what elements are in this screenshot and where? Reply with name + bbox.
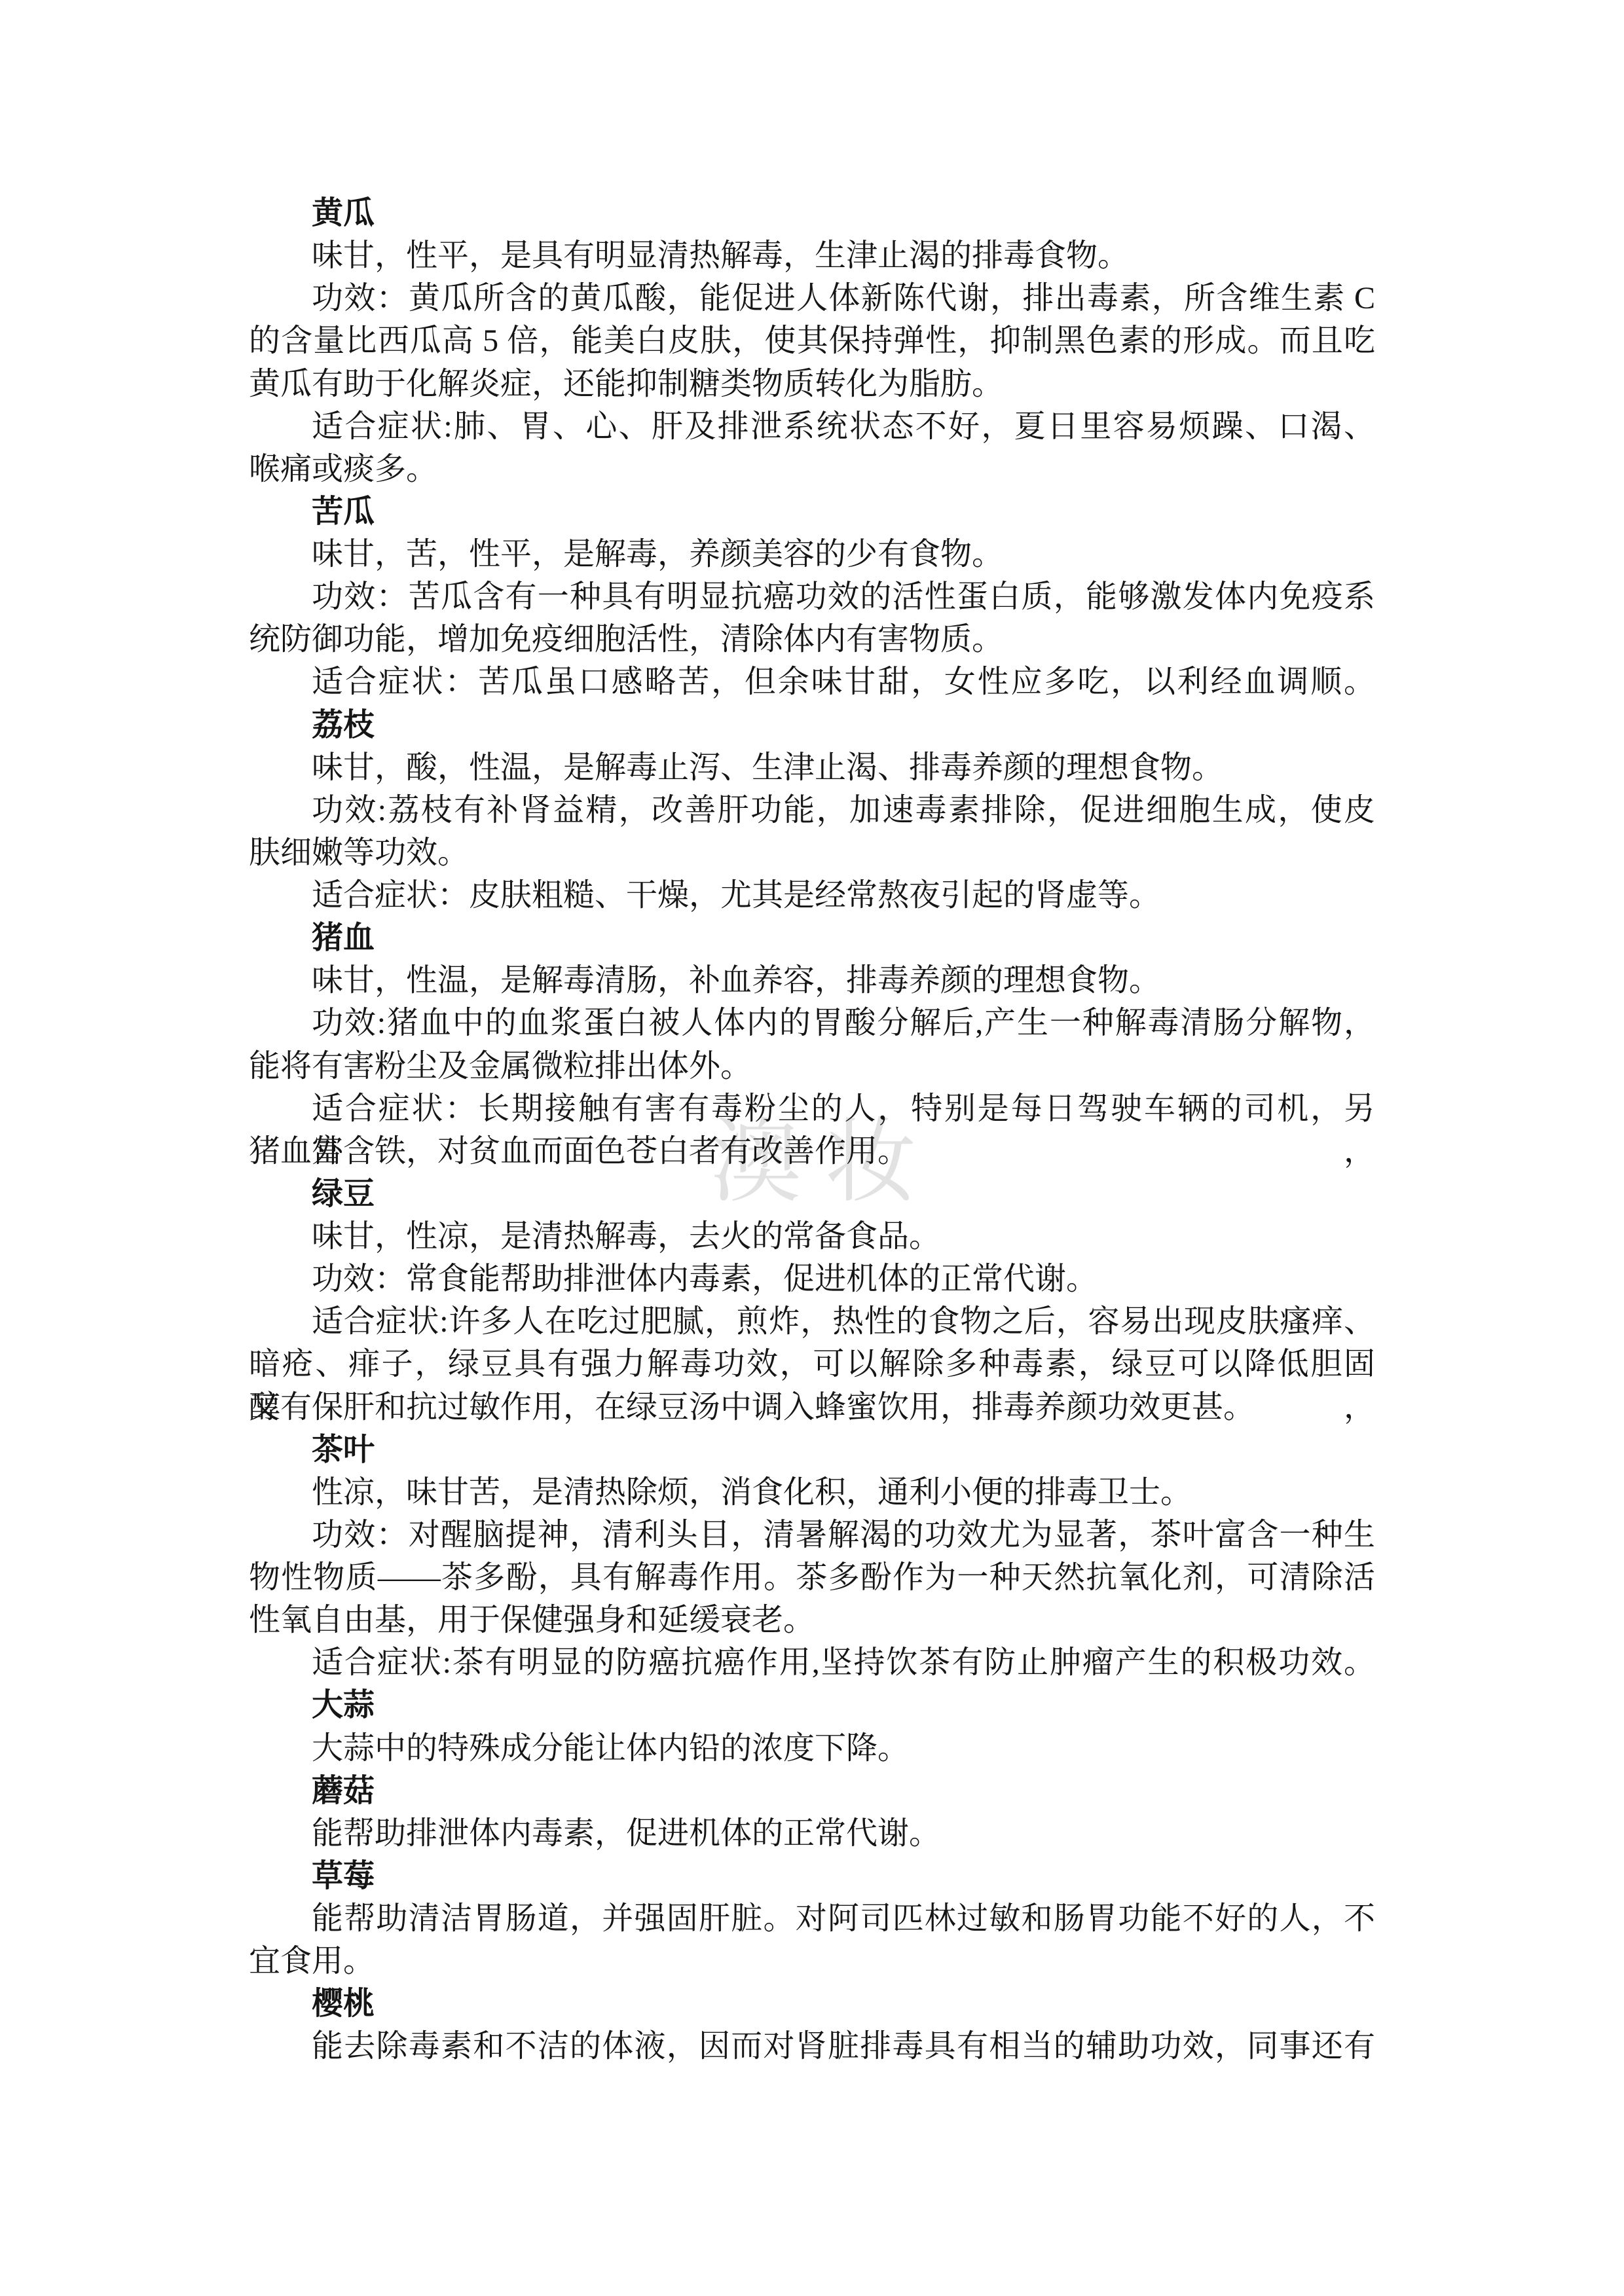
section-heading: 荔枝 bbox=[249, 704, 1375, 746]
text-line: 能帮助清洁胃肠道，并强固肝脏。对阿司匹林过敏和肠胃功能不好的人，不 bbox=[249, 1897, 1375, 1940]
text-line: 性氧自由基，用于保健强身和延缓衰老。 bbox=[249, 1599, 1375, 1641]
text-line: 适合症状：长期接触有害有毒粉尘的人，特别是每日驾驶车辆的司机，另外， bbox=[249, 1087, 1375, 1130]
section-heading: 猪血 bbox=[249, 917, 1375, 959]
text-line: 味甘，性凉，是清热解毒，去火的常备食品。 bbox=[249, 1215, 1375, 1258]
text-line: 适合症状:肺、胃、心、肝及排泄系统状态不好，夏日里容易烦躁、口渴、 bbox=[249, 405, 1375, 448]
section-heading: 绿豆 bbox=[249, 1173, 1375, 1215]
text-line: 味甘，酸，性温，是解毒止泻、生津止渴、排毒养颜的理想食物。 bbox=[249, 746, 1375, 789]
text-line: 适合症状:许多人在吃过肥腻，煎炸，热性的食物之后，容易出现皮肤瘙痒、 bbox=[249, 1300, 1375, 1343]
text-line: 大蒜中的特殊成分能让体内铅的浓度下降。 bbox=[249, 1727, 1375, 1770]
section-heading: 茶叶 bbox=[249, 1429, 1375, 1471]
text-line: 肤细嫩等功效。 bbox=[249, 831, 1375, 874]
text-line: 功效：苦瓜含有一种具有明显抗癌功效的活性蛋白质，能够激发体内免疫系 bbox=[249, 575, 1375, 618]
text-line: 又有保肝和抗过敏作用，在绿豆汤中调入蜂蜜饮用，排毒养颜功效更甚。 bbox=[249, 1386, 1375, 1429]
text-line: 适合症状:茶有明显的防癌抗癌作用,坚持饮茶有防止肿瘤产生的积极功效。 bbox=[249, 1641, 1375, 1684]
section-heading: 草莓 bbox=[249, 1855, 1375, 1897]
section-heading: 黄瓜 bbox=[249, 192, 1375, 234]
text-line: 适合症状：皮肤粗糙、干燥，尤其是经常熬夜引起的肾虚等。 bbox=[249, 874, 1375, 917]
document-page: 澳妆 黄瓜味甘，性平，是具有明显清热解毒，生津止渴的排毒食物。功效：黄瓜所含的黄… bbox=[0, 0, 1624, 2296]
text-line: 功效：常食能帮助排泄体内毒素，促进机体的正常代谢。 bbox=[249, 1258, 1375, 1300]
text-line: 喉痛或痰多。 bbox=[249, 448, 1375, 490]
text-line: 适合症状：苦瓜虽口感略苦，但余味甘甜，女性应多吃，以利经血调顺。 bbox=[249, 661, 1375, 703]
text-line: 暗疮、痱子，绿豆具有强力解毒功效，可以解除多种毒素，绿豆可以降低胆固醇， bbox=[249, 1343, 1375, 1385]
text-line: 能帮助排泄体内毒素，促进机体的正常代谢。 bbox=[249, 1812, 1375, 1855]
text-line: 味甘，苦，性平，是解毒，养颜美容的少有食物。 bbox=[249, 533, 1375, 575]
text-line: 能将有害粉尘及金属微粒排出体外。 bbox=[249, 1045, 1375, 1087]
section-heading: 樱桃 bbox=[249, 1982, 1375, 2025]
text-line: 能去除毒素和不洁的体液，因而对肾脏排毒具有相当的辅助功效，同事还有 bbox=[249, 2025, 1375, 2068]
document-body: 黄瓜味甘，性平，是具有明显清热解毒，生津止渴的排毒食物。功效：黄瓜所含的黄瓜酸，… bbox=[249, 192, 1375, 2068]
text-line: 的含量比西瓜高 5 倍，能美白皮肤，使其保持弹性，抑制黑色素的形成。而且吃 bbox=[249, 319, 1375, 362]
section-heading: 蘑菇 bbox=[249, 1770, 1375, 1812]
text-line: 味甘，性平，是具有明显清热解毒，生津止渴的排毒食物。 bbox=[249, 234, 1375, 277]
text-line: 宜食用。 bbox=[249, 1940, 1375, 1982]
section-heading: 苦瓜 bbox=[249, 490, 1375, 533]
text-line: 性凉，味甘苦，是清热除烦，消食化积，通利小便的排毒卫士。 bbox=[249, 1471, 1375, 1514]
text-line: 功效:荔枝有补肾益精，改善肝功能，加速毒素排除，促进细胞生成，使皮 bbox=[249, 789, 1375, 831]
section-heading: 大蒜 bbox=[249, 1684, 1375, 1726]
text-line: 统防御功能，增加免疫细胞活性，清除体内有害物质。 bbox=[249, 618, 1375, 661]
text-line: 功效：黄瓜所含的黄瓜酸，能促进人体新陈代谢，排出毒素，所含维生素 C bbox=[249, 277, 1375, 319]
text-line: 功效:猪血中的血浆蛋白被人体内的胃酸分解后,产生一种解毒清肠分解物， bbox=[249, 1002, 1375, 1044]
text-line: 黄瓜有助于化解炎症，还能抑制糖类物质转化为脂肪。 bbox=[249, 363, 1375, 405]
text-line: 味甘，性温，是解毒清肠，补血养容，排毒养颜的理想食物。 bbox=[249, 959, 1375, 1002]
text-line: 物性物质——茶多酚，具有解毒作用。茶多酚作为一种天然抗氧化剂，可清除活 bbox=[249, 1556, 1375, 1599]
text-line: 功效：对醒脑提神，清利头目，清暑解渴的功效尤为显著，茶叶富含一种生 bbox=[249, 1514, 1375, 1556]
